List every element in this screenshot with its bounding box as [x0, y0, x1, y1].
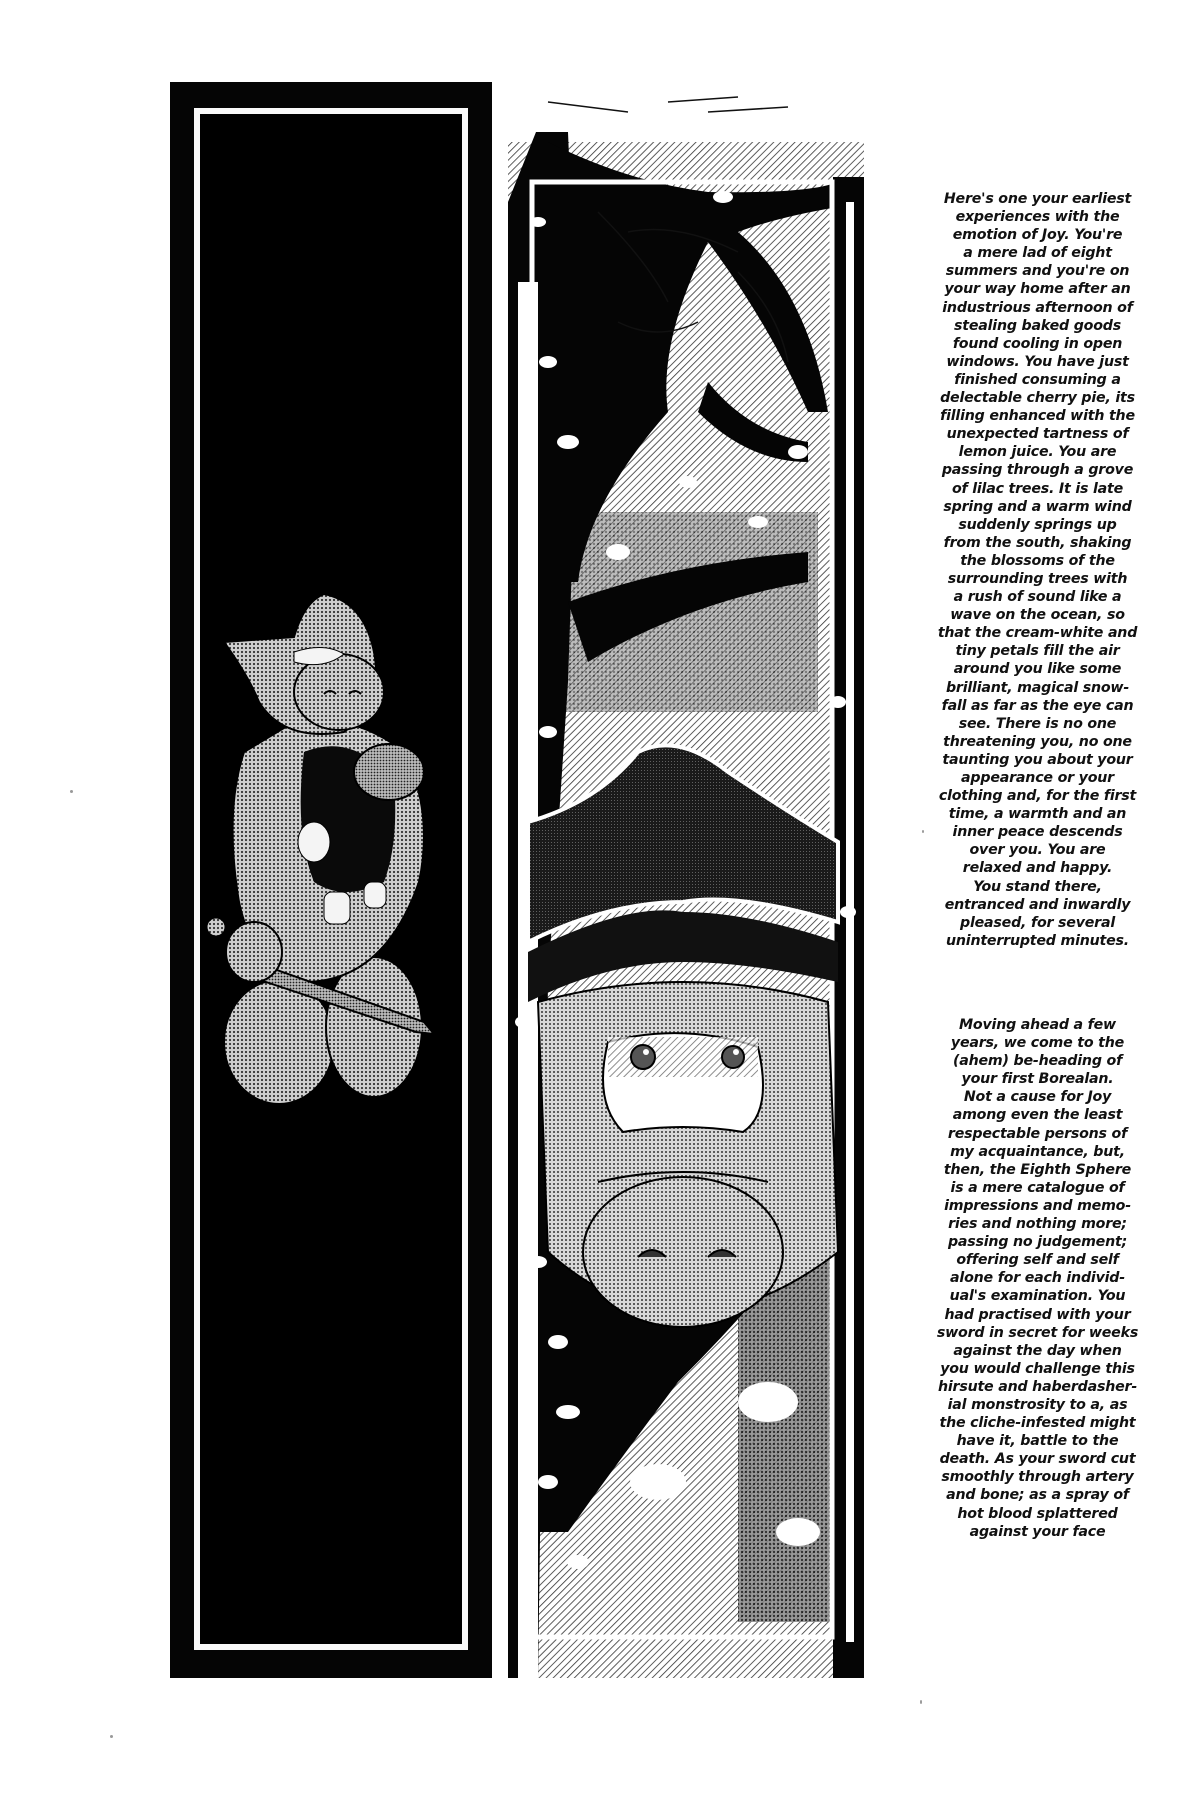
text-line: brilliant, magical snow-	[915, 679, 1160, 697]
text-line: time, a warmth and an	[915, 805, 1160, 823]
text-line: respectable persons of	[915, 1125, 1160, 1143]
pig-warrior-icon	[184, 582, 444, 1112]
text-line: had practised with your	[915, 1306, 1160, 1324]
text-line: sword in secret for weeks	[915, 1324, 1160, 1342]
text-line: see. There is no one	[915, 715, 1160, 733]
text-line: years, we come to the	[915, 1034, 1160, 1052]
text-line: against your face	[915, 1523, 1160, 1541]
left-panel	[170, 82, 492, 1678]
text-line: (ahem) be-heading of	[915, 1052, 1160, 1070]
text-line: surrounding trees with	[915, 570, 1160, 588]
text-line: fall as far as the eye can	[915, 697, 1160, 715]
text-line: hot blood splattered	[915, 1505, 1160, 1523]
text-line: Moving ahead a few	[915, 1016, 1160, 1034]
text-line: the blossoms of the	[915, 552, 1160, 570]
print-speck	[110, 1735, 113, 1738]
text-line: clothing and, for the first	[915, 787, 1160, 805]
text-line: ial monstrosity to a, as	[915, 1396, 1160, 1414]
text-line: then, the Eighth Sphere	[915, 1161, 1160, 1179]
text-line: pleased, for several	[915, 914, 1160, 932]
print-speck	[70, 790, 73, 793]
text-line: offering self and self	[915, 1251, 1160, 1269]
text-line: impressions and memo-	[915, 1197, 1160, 1215]
text-line: uninterrupted minutes.	[915, 932, 1160, 950]
text-line: industrious afternoon of	[915, 299, 1160, 317]
text-line: relaxed and happy.	[915, 859, 1160, 877]
text-line: ries and nothing more;	[915, 1215, 1160, 1233]
right-panel	[508, 82, 864, 1678]
text-line: among even the least	[915, 1106, 1160, 1124]
text-line: alone for each individ-	[915, 1269, 1160, 1287]
text-line: filling enhanced with the	[915, 407, 1160, 425]
text-line: my acquaintance, but,	[915, 1143, 1160, 1161]
text-line: inner peace descends	[915, 823, 1160, 841]
text-line: Here's one your earliest	[915, 190, 1160, 208]
text-line: smoothly through artery	[915, 1468, 1160, 1486]
text-line: and bone; as a spray of	[915, 1486, 1160, 1504]
text-line: suddenly springs up	[915, 516, 1160, 534]
text-line: lemon juice. You are	[915, 443, 1160, 461]
text-line: taunting you about your	[915, 751, 1160, 769]
text-line: the cliche-infested might	[915, 1414, 1160, 1432]
text-line: your way home after an	[915, 280, 1160, 298]
text-line: passing through a grove	[915, 461, 1160, 479]
text-line: your first Borealan.	[915, 1070, 1160, 1088]
text-line: You stand there,	[915, 878, 1160, 896]
text-line: wave on the ocean, so	[915, 606, 1160, 624]
text-line: have it, battle to the	[915, 1432, 1160, 1450]
text-line: from the south, shaking	[915, 534, 1160, 552]
text-line: over you. You are	[915, 841, 1160, 859]
text-line: summers and you're on	[915, 262, 1160, 280]
print-speck	[922, 830, 924, 833]
text-line: Not a cause for Joy	[915, 1088, 1160, 1106]
text-line: tiny petals fill the air	[915, 642, 1160, 660]
text-line: a mere lad of eight	[915, 244, 1160, 262]
text-line: delectable cherry pie, its	[915, 389, 1160, 407]
lilac-grove-illustration-icon	[508, 82, 864, 1678]
text-line: spring and a warm wind	[915, 498, 1160, 516]
text-line: stealing baked goods	[915, 317, 1160, 335]
text-line: threatening you, no one	[915, 733, 1160, 751]
text-line: windows. You have just	[915, 353, 1160, 371]
text-line: of lilac trees. It is late	[915, 480, 1160, 498]
text-line: passing no judgement;	[915, 1233, 1160, 1251]
text-line: against the day when	[915, 1342, 1160, 1360]
text-line: you would challenge this	[915, 1360, 1160, 1378]
text-line: entranced and inwardly	[915, 896, 1160, 914]
narration-paragraph-1: Here's one your earliest experiences wit…	[915, 190, 1160, 950]
text-line: experiences with the	[915, 208, 1160, 226]
text-line: found cooling in open	[915, 335, 1160, 353]
narration-paragraph-2: Moving ahead a few years, we come to the…	[915, 1016, 1160, 1541]
text-line: a rush of sound like a	[915, 588, 1160, 606]
text-line: death. As your sword cut	[915, 1450, 1160, 1468]
text-line: is a mere catalogue of	[915, 1179, 1160, 1197]
text-line: unexpected tartness of	[915, 425, 1160, 443]
comic-page: Here's one your earliest experiences wit…	[0, 0, 1200, 1800]
text-line: emotion of Joy. You're	[915, 226, 1160, 244]
text-line: hirsute and haberdasher-	[915, 1378, 1160, 1396]
text-line: finished consuming a	[915, 371, 1160, 389]
print-speck	[920, 1700, 922, 1704]
text-line: around you like some	[915, 660, 1160, 678]
text-line: that the cream-white and	[915, 624, 1160, 642]
text-line: ual's examination. You	[915, 1287, 1160, 1305]
text-line: appearance or your	[915, 769, 1160, 787]
